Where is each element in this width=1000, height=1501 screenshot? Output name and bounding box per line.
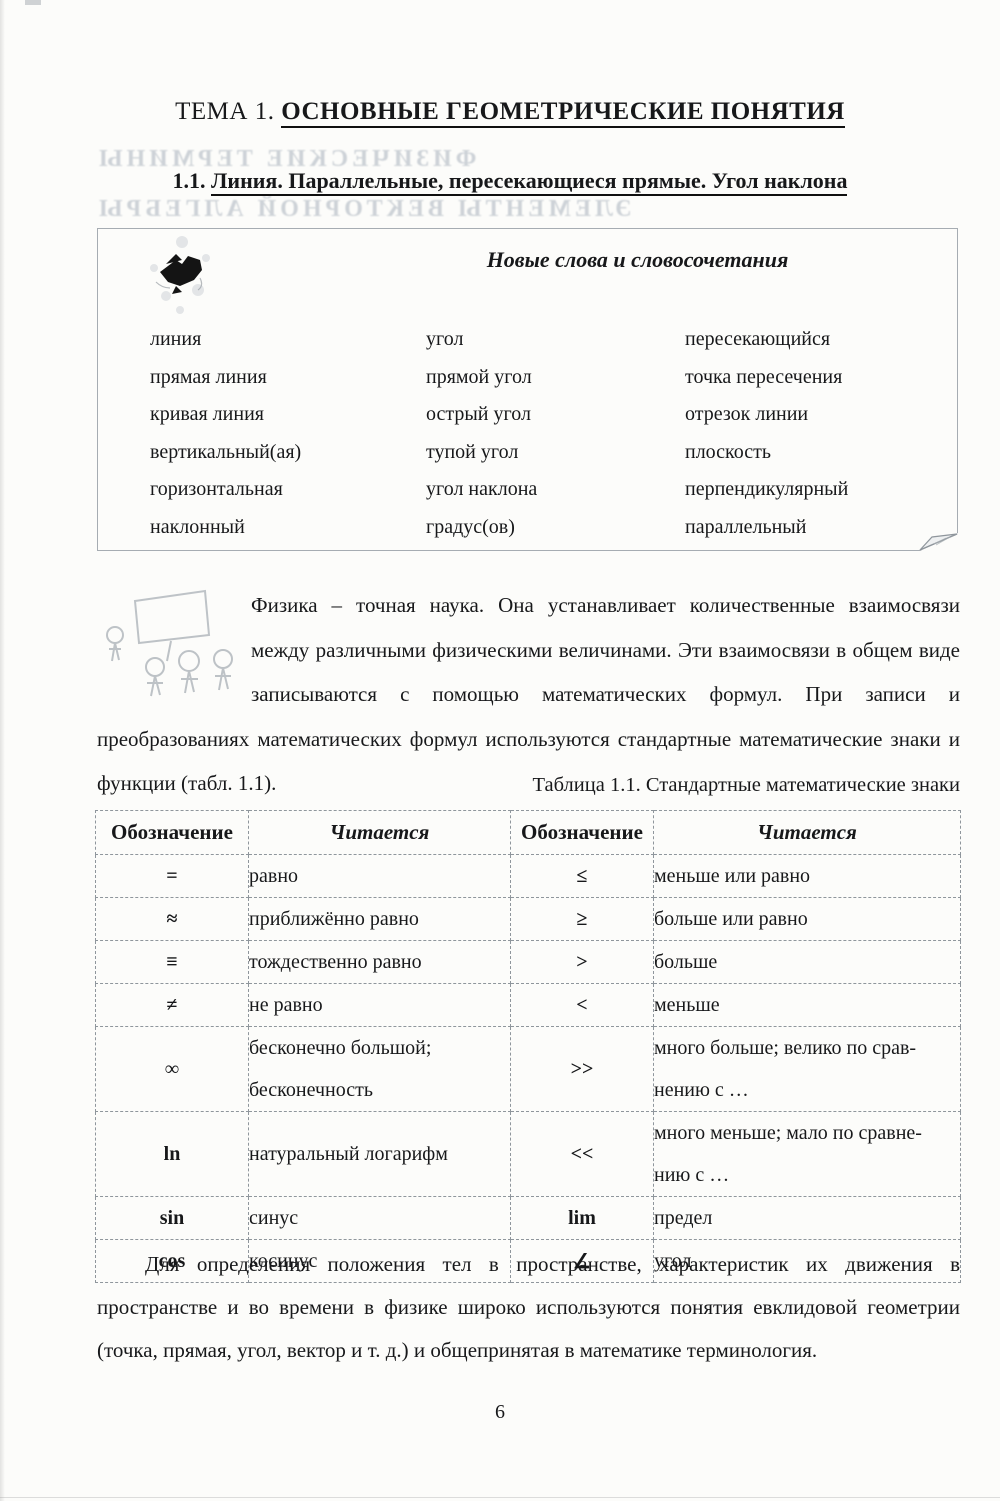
reading-cell: больше: [654, 941, 961, 984]
scanned-textbook-page: ФИЗИЧЕСКИЕ ТЕРМИНЫ ЭЛЕМЕНТЫ ВЕКТОРНОЙ АЛ…: [0, 0, 1000, 1501]
classroom-sketch-icon: [97, 583, 249, 708]
scan-artifact-mark: [25, 0, 41, 5]
header-symbol-1: Обозначение: [96, 811, 249, 855]
reading-cell: больше или равно: [654, 898, 961, 941]
chapter-title-prefix: ТЕМА 1.: [175, 98, 281, 125]
table-row: ≈ приближённо равно ≥ больше или равно: [96, 898, 961, 941]
new-words-box: Новые слова и словосочетания линия пряма…: [97, 228, 958, 551]
math-symbols-table: Обозначение Читается Обозначение Читаетс…: [95, 810, 961, 1283]
reader-ink-blob-icon: [136, 234, 226, 318]
table-row: ∞ бесконечно большой; бесконечность >> м…: [96, 1027, 961, 1112]
symbol-cell: ≥: [511, 898, 654, 941]
reading-cell: бесконечно большой; бесконечность: [249, 1027, 511, 1112]
reading-cell: предел: [654, 1197, 961, 1240]
header-symbol-2: Обозначение: [511, 811, 654, 855]
intro-paragraph: Физика – точная наука. Она устанавливает…: [97, 583, 960, 806]
symbol-cell: ln: [96, 1112, 249, 1197]
page-curl-icon: [906, 489, 958, 551]
section-number: 1.1.: [173, 168, 212, 193]
reading-cell: синус: [249, 1197, 511, 1240]
reading-cell: много больше; велико по срав- нению с …: [654, 1027, 961, 1112]
chapter-title-main: ОСНОВНЫЕ ГЕОМЕТРИЧЕСКИЕ ПОНЯТИЯ: [281, 98, 845, 128]
reading-cell: натуральный логарифм: [249, 1112, 511, 1197]
table-row: ≠ не равно < меньше: [96, 984, 961, 1027]
bleed-through-text: ЭЛЕМЕНТЫ ВЕКТОРНОЙ АЛГЕБРЫ: [95, 196, 632, 223]
vocab-column-2: угол прямой угол острый угол тупой угол …: [426, 321, 537, 546]
closing-paragraph: Для определения положения тел в простран…: [97, 1243, 960, 1372]
symbol-cell: >: [511, 941, 654, 984]
header-reads-1: Читается: [249, 811, 511, 855]
reading-cell: приближённо равно: [249, 898, 511, 941]
vocab-column-1: линия прямая линия кривая линия вертикал…: [150, 321, 301, 546]
symbol-cell: ∞: [96, 1027, 249, 1112]
table-row: ≡ тождественно равно > больше: [96, 941, 961, 984]
symbol-cell: ≈: [96, 898, 249, 941]
page-number: 6: [0, 1401, 1000, 1424]
section-title: 1.1. Линия. Параллельные, пересекающиеся…: [60, 168, 960, 194]
scan-left-edge-shadow: [0, 0, 5, 1501]
reading-cell: меньше или равно: [654, 855, 961, 898]
symbol-cell: sin: [96, 1197, 249, 1240]
symbol-cell: =: [96, 855, 249, 898]
reading-cell: меньше: [654, 984, 961, 1027]
symbol-cell: ≡: [96, 941, 249, 984]
symbol-cell: ≠: [96, 984, 249, 1027]
symbol-cell: <: [511, 984, 654, 1027]
table-row: ln натуральный логарифм << много меньше;…: [96, 1112, 961, 1197]
new-words-heading: Новые слова и словосочетания: [318, 247, 957, 273]
table-caption: Таблица 1.1. Стандартные математические …: [97, 774, 960, 797]
table-row: = равно ≤ меньше или равно: [96, 855, 961, 898]
vocab-column-3: пересекающийся точка пересечения отрезок…: [685, 321, 848, 546]
symbol-cell: lim: [511, 1197, 654, 1240]
reading-cell: не равно: [249, 984, 511, 1027]
table-row: sin синус lim предел: [96, 1197, 961, 1240]
table-header-row: Обозначение Читается Обозначение Читаетс…: [96, 811, 961, 855]
scan-bottom-edge-shadow: [0, 1497, 1000, 1498]
chapter-title: ТЕМА 1. ОСНОВНЫЕ ГЕОМЕТРИЧЕСКИЕ ПОНЯТИЯ: [60, 98, 960, 126]
section-title-main: Линия. Параллельные, пересекающиеся прям…: [211, 168, 847, 196]
symbol-cell: >>: [511, 1027, 654, 1112]
reading-cell: равно: [249, 855, 511, 898]
reading-cell: много меньше; мало по сравне- нию с …: [654, 1112, 961, 1197]
symbol-cell: <<: [511, 1112, 654, 1197]
symbol-cell: ≤: [511, 855, 654, 898]
reading-cell: тождественно равно: [249, 941, 511, 984]
header-reads-2: Читается: [654, 811, 961, 855]
